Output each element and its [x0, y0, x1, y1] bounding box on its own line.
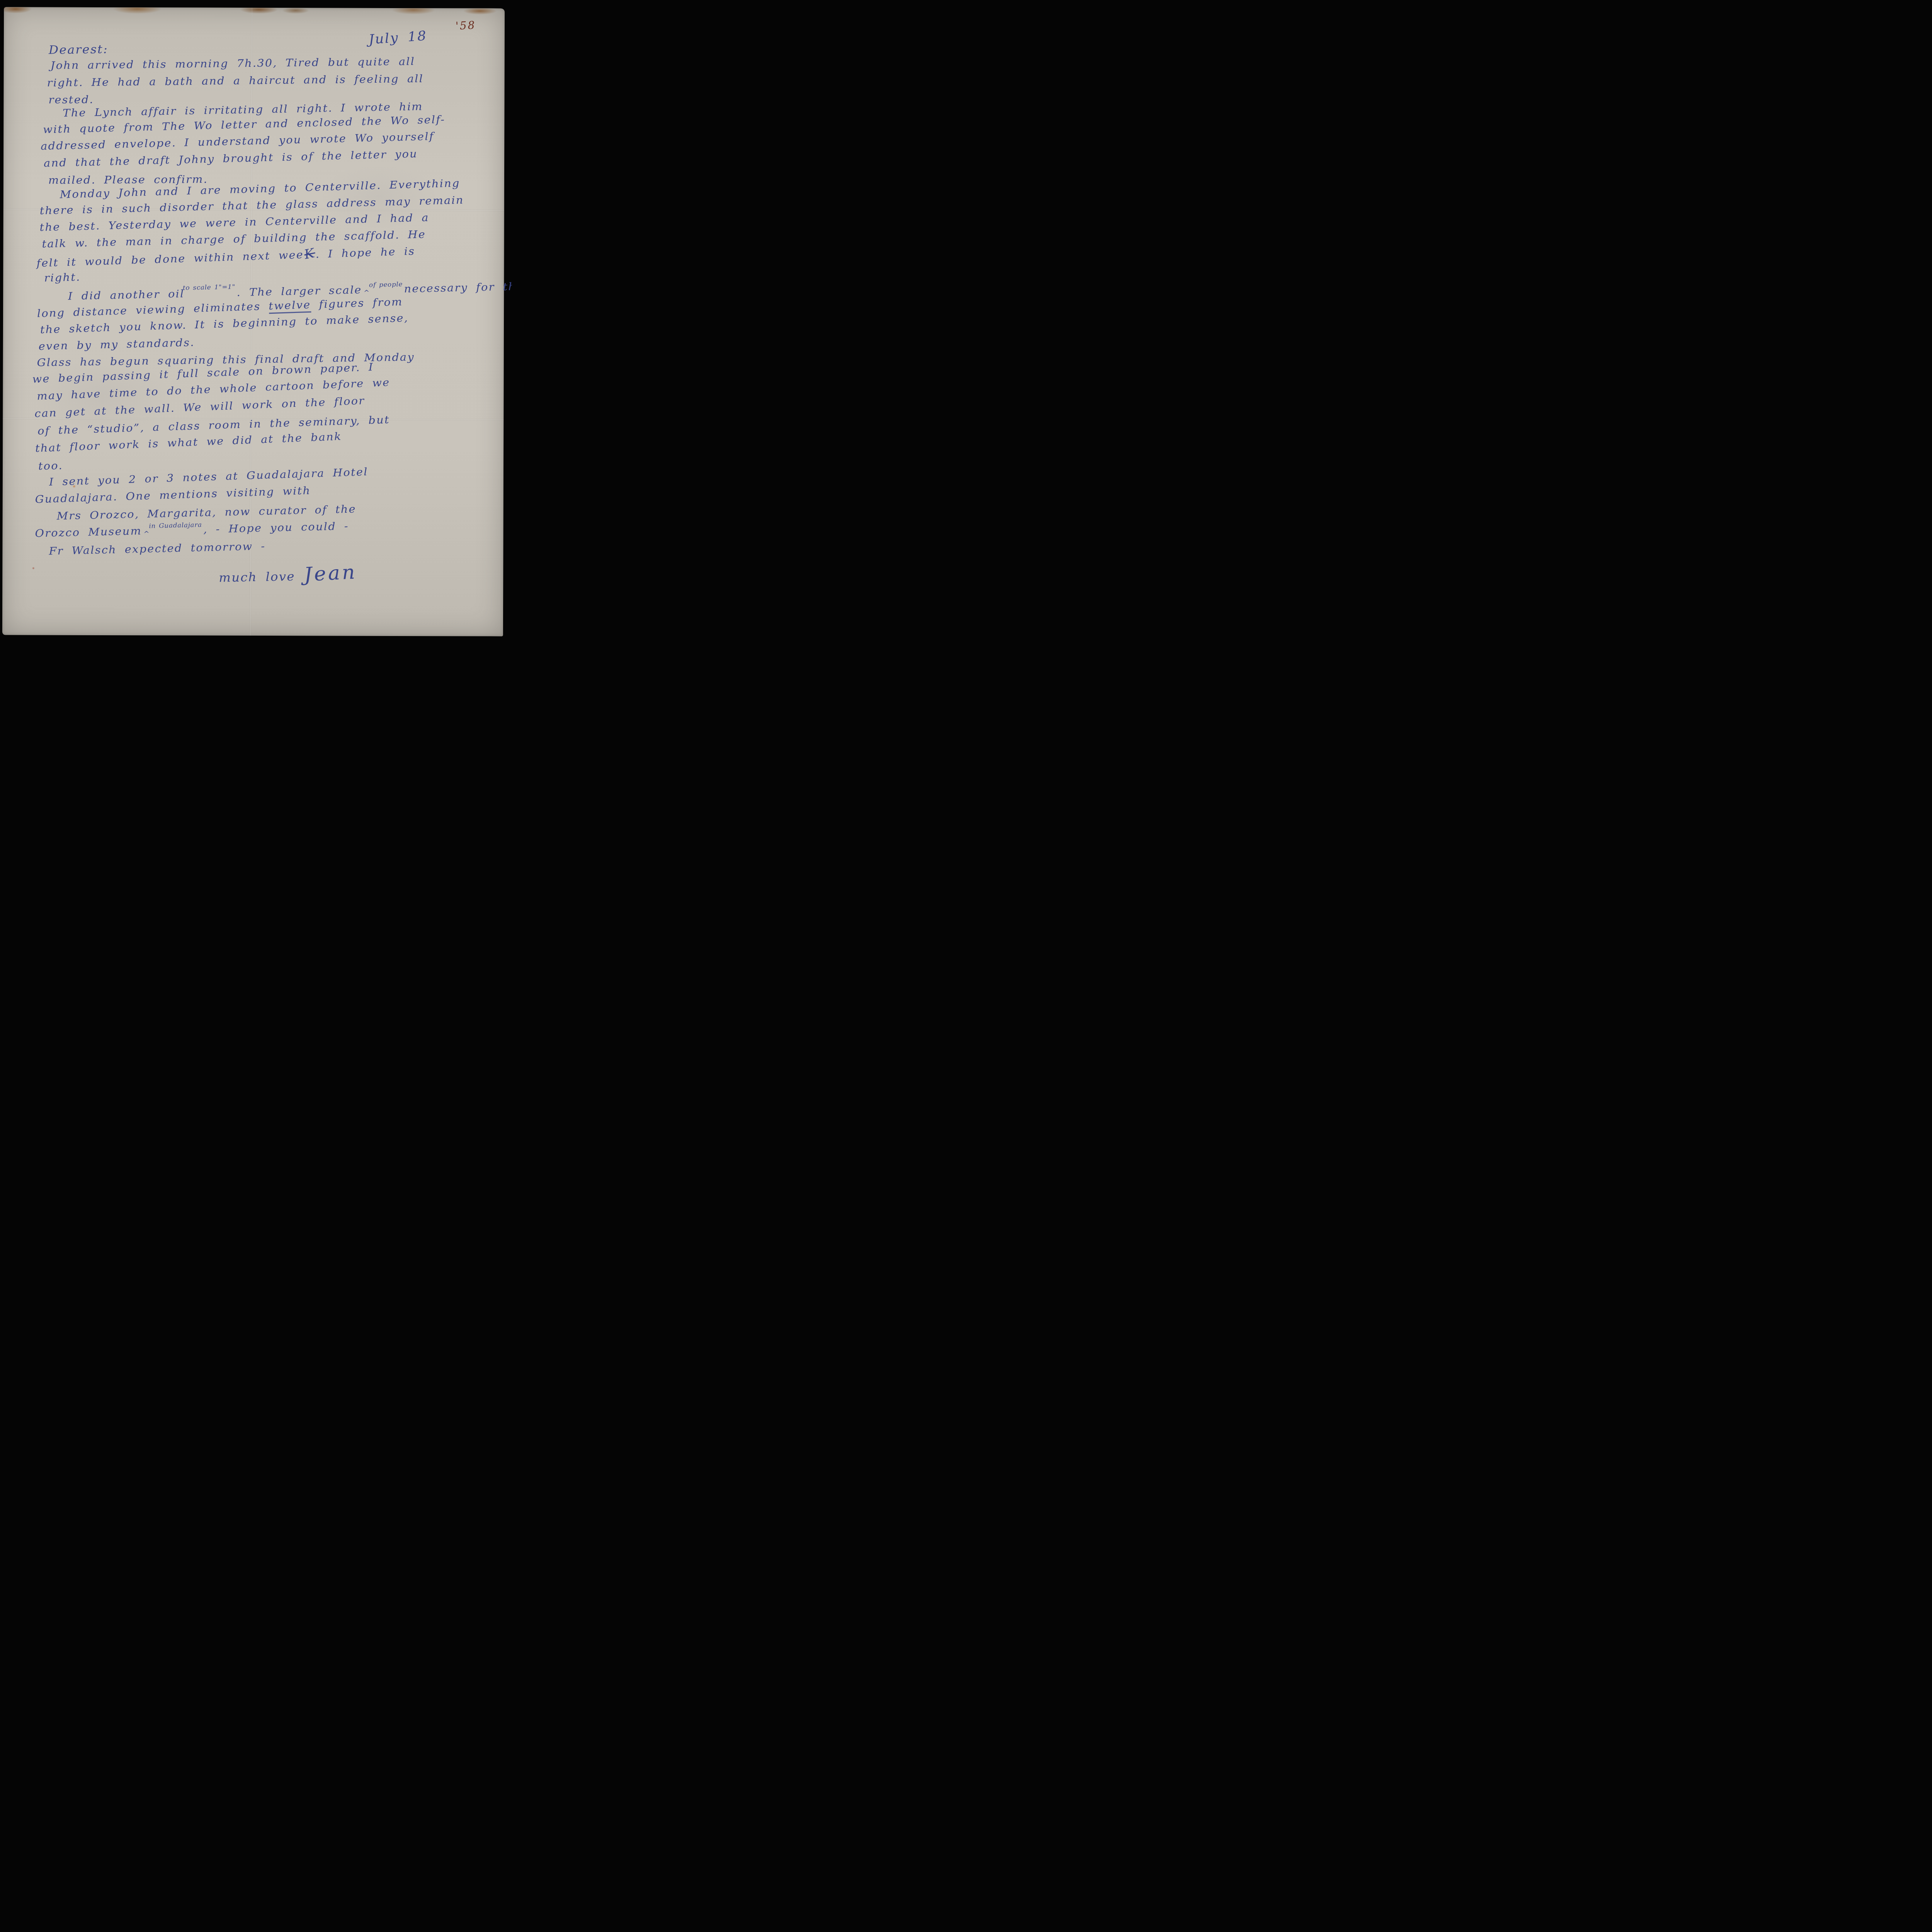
letter-line: Mrs Orozco, Margarita, now curator of th… [56, 503, 356, 522]
salutation: Dearest: [49, 43, 109, 57]
underlined-word: twelve [269, 299, 311, 314]
letter-line: John arrived this morning 7h.30, Tired b… [51, 56, 415, 72]
signature-line: much loveJean [219, 561, 357, 587]
insertion-note: in Guadalajara [149, 521, 202, 529]
insertion-note: to scale 1"=1" [183, 283, 236, 291]
letter-line: too. [38, 460, 63, 473]
letter-date: July 18 [368, 28, 428, 48]
letter-line: right. He had a bath and a haircut and i… [47, 73, 423, 89]
photo-backdrop: '58 July 18 Dearest: John arrived this m… [0, 0, 512, 657]
letter-line: I sent you 2 or 3 notes at Guadalajara H… [49, 466, 368, 488]
line-text: . The larger scale [236, 284, 362, 299]
valediction: much love [219, 570, 295, 585]
signature: Jean [303, 561, 357, 586]
line-text: , - Hope you could - [203, 520, 349, 536]
letter-line: and that the draft Johny brought is of t… [44, 148, 418, 169]
line-text: long distance viewing eliminates [37, 300, 269, 320]
line-text: necessary for the [404, 281, 512, 295]
letter-line: Guadalajara. One mentions visiting with [35, 485, 311, 505]
struck-letter: K [303, 245, 316, 262]
insertion-note: of people [369, 281, 403, 289]
letter-line: even by my standards. [38, 337, 195, 352]
line-text: Orozco Museum [35, 525, 142, 540]
line-text: felt it would be done within next wee [36, 249, 304, 269]
closing-line: Fr Walsch expected tomorrow - [49, 540, 266, 557]
page-number: '58 [455, 19, 476, 32]
line-text: I did another oil [68, 288, 185, 303]
letter-line: mailed. Please confirm. [48, 173, 208, 187]
letter-line: right. [44, 271, 81, 284]
line-text: . I hope he is [315, 245, 415, 260]
letter-line: Orozco Museum^in Guadalajara, - Hope you… [35, 520, 349, 539]
letter-page: '58 July 18 Dearest: John arrived this m… [2, 7, 505, 636]
letter-line: rested. [48, 94, 94, 106]
line-text: figures from [311, 296, 403, 311]
caret-mark: ^ [364, 289, 371, 297]
letter-line: I did another oilto scale 1"=1". The lar… [68, 281, 512, 303]
caret-mark: ^ [143, 530, 150, 537]
